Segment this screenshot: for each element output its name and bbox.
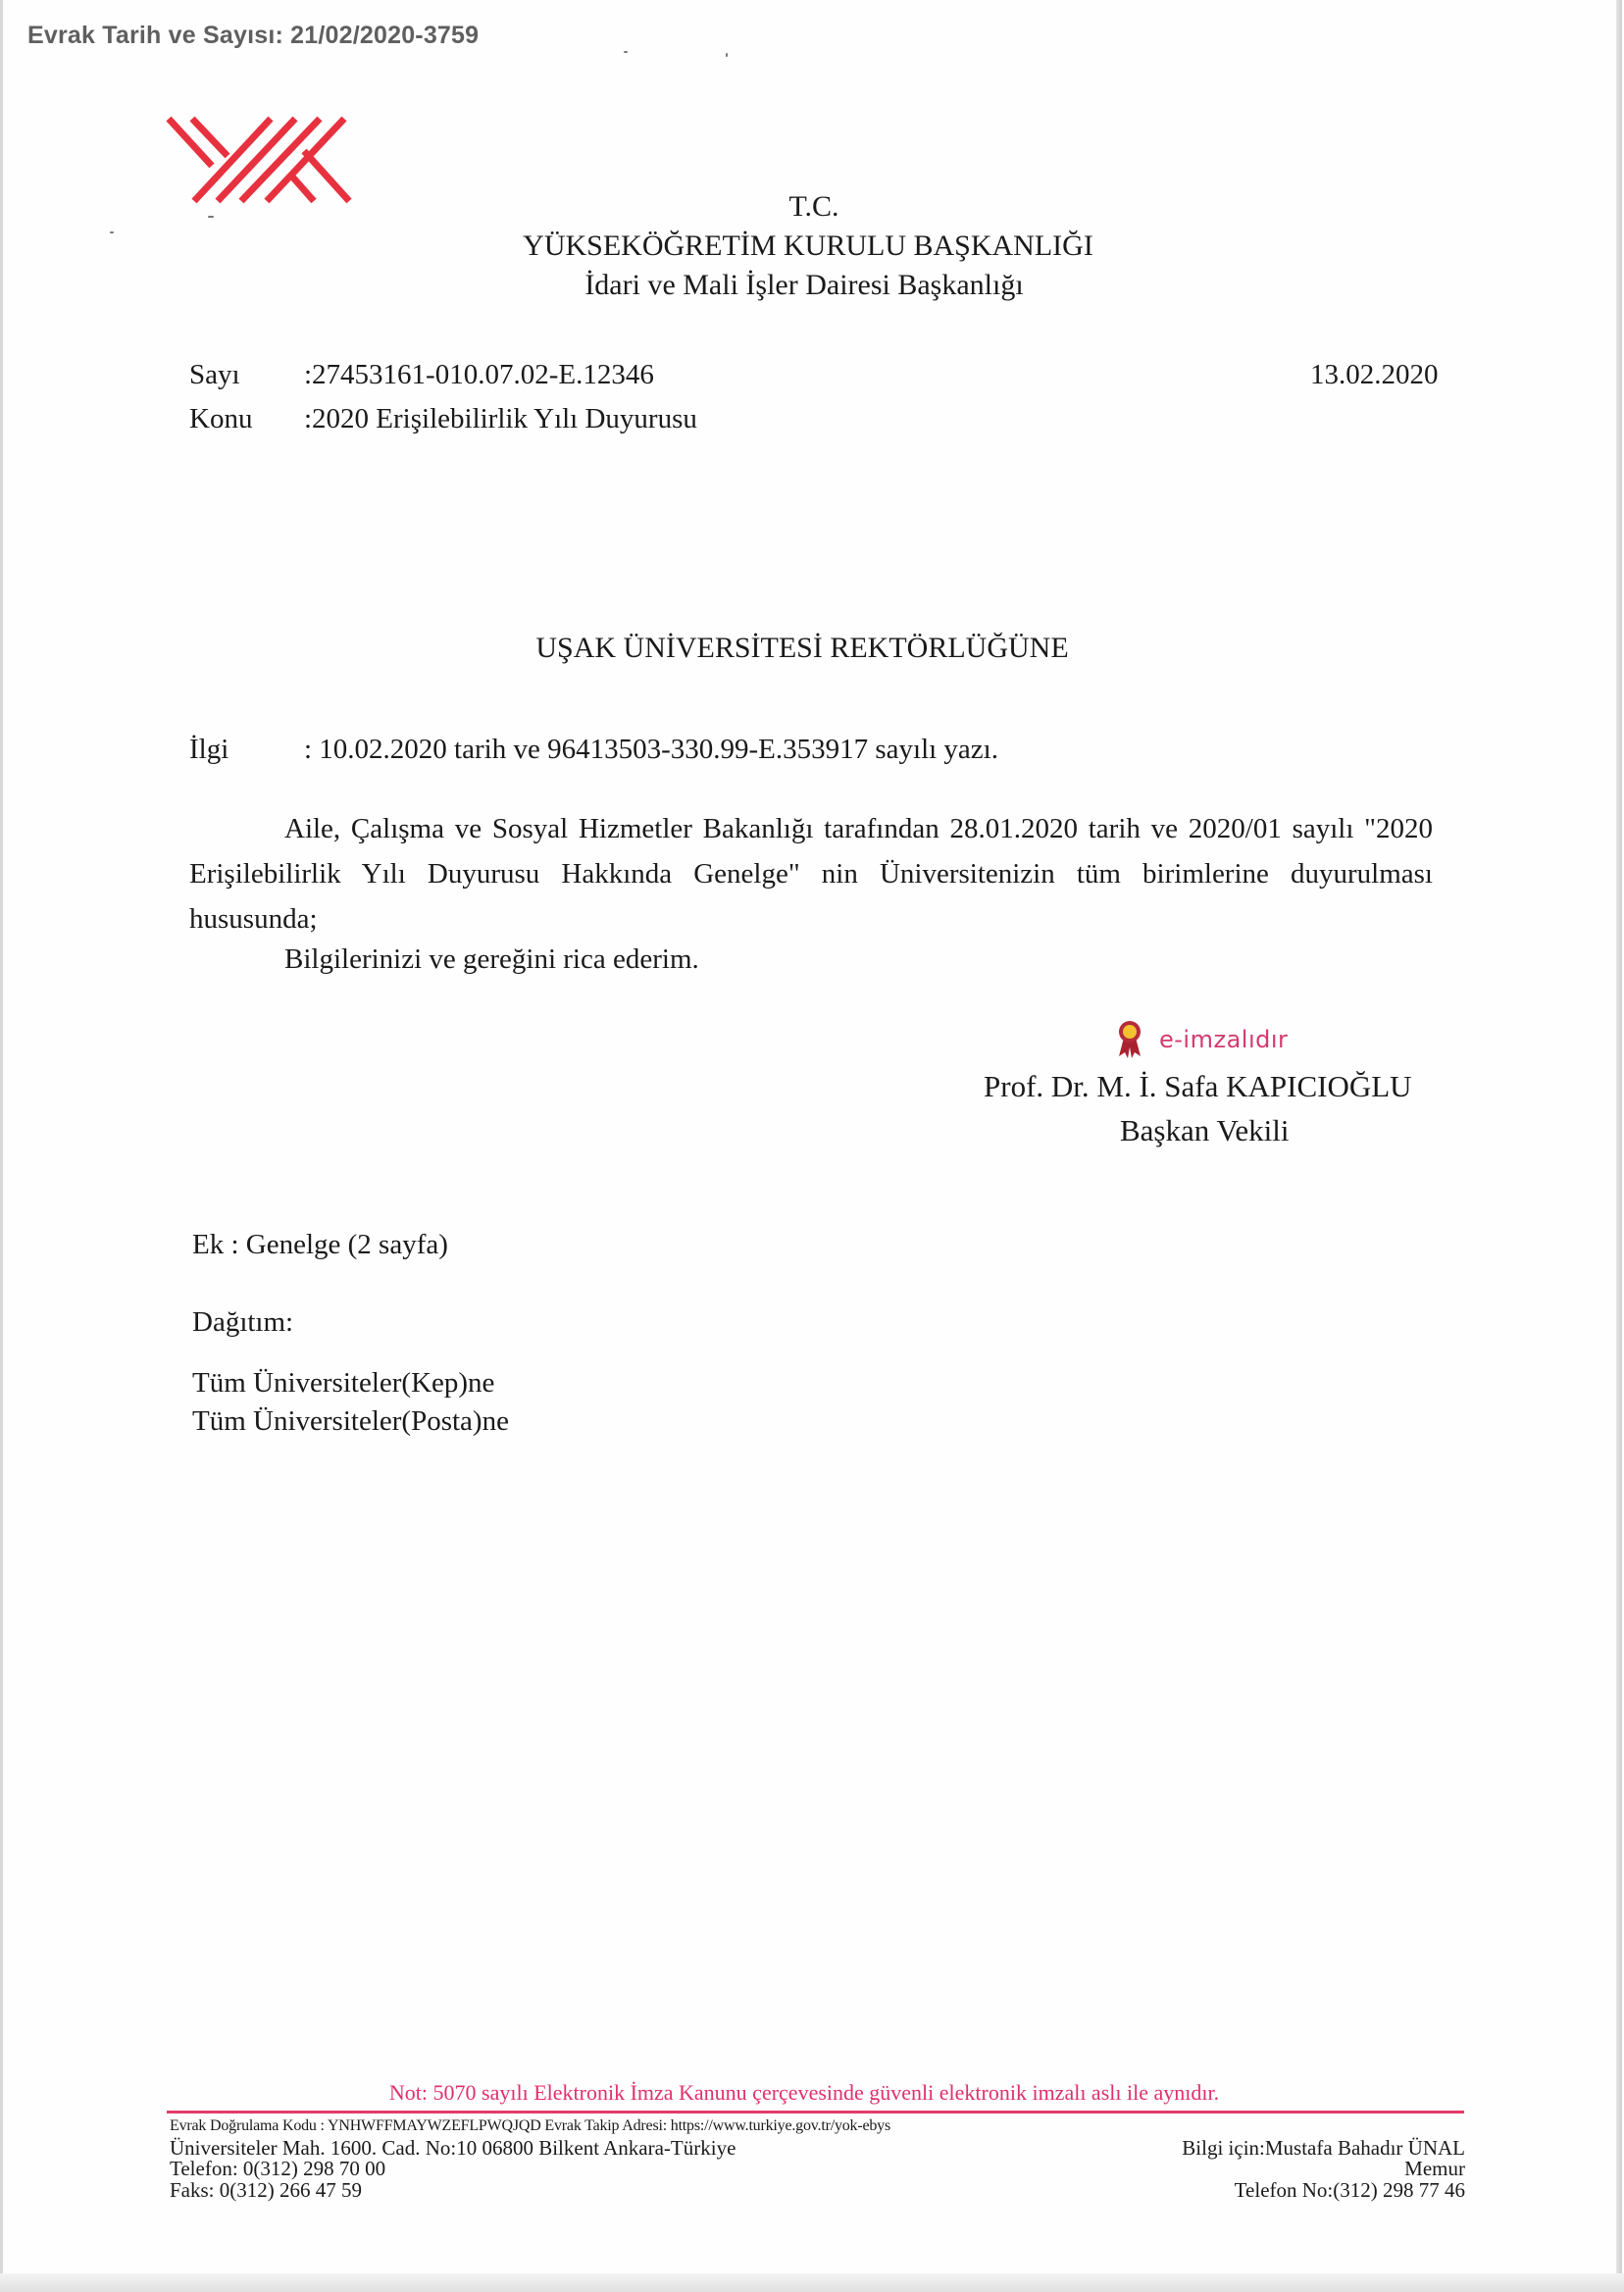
scan-edge-right	[1616, 0, 1622, 2292]
scan-speck	[726, 53, 728, 57]
signer-title: Başkan Vekili	[1120, 1113, 1290, 1148]
e-signature-badge: e-imzalıdır	[1116, 1020, 1288, 1059]
distribution-label: Dağıtım:	[192, 1306, 293, 1339]
distribution-item: Tüm Üniversiteler(Posta)ne	[192, 1402, 509, 1441]
sayi-label: Sayı	[189, 358, 240, 391]
scan-speck	[624, 51, 628, 53]
scan-edge-bottom	[0, 2273, 1624, 2292]
sayi-value: :27453161-010.07.02-E.12346	[304, 358, 654, 391]
document-date: 13.02.2020	[1310, 358, 1439, 391]
footer-note-text: Not: 5070 sayılı Elektronik İmza Kanunu …	[389, 2080, 1219, 2105]
footer-divider	[167, 2111, 1464, 2114]
contact-name: Bilgi için:Mustafa Bahadır ÜNAL	[1079, 2137, 1465, 2159]
signer-name: Prof. Dr. M. İ. Safa KAPICIOĞLU	[984, 1069, 1412, 1104]
addressee: UŞAK ÜNİVERSİTESİ REKTÖRLÜĞÜNE	[0, 631, 1614, 666]
footer-address: Üniversiteler Mah. 1600. Cad. No:10 0680…	[170, 2137, 736, 2159]
konu-value: :2020 Erişilebilirlik Yılı Duyurusu	[304, 402, 697, 435]
letterhead-country: T.C.	[2, 189, 1624, 225]
contact-phone: Telefon No:(312) 298 77 46	[1079, 2179, 1465, 2201]
distribution-item: Tüm Üniversiteler(Kep)ne	[192, 1364, 509, 1402]
contact-role: Memur	[1079, 2158, 1465, 2179]
reference-value: : 10.02.2020 tarih ve 96413503-330.99-E.…	[304, 734, 998, 766]
body-paragraph-container: Aile, Çalışma ve Sosyal Hizmetler Bakanl…	[189, 806, 1433, 942]
verification-code: Evrak Doğrulama Kodu : YNHWFFMAYWZEFLPWQ…	[170, 2117, 890, 2135]
letterhead-organization: YÜKSEKÖĞRETİM KURULU BAŞKANLIĞI	[0, 229, 1620, 264]
attachments: Ek : Genelge (2 sayfa)	[192, 1229, 448, 1261]
letterhead-department: İdari ve Mali İşler Dairesi Başkanlığı	[0, 268, 1616, 303]
distribution-list: Tüm Üniversiteler(Kep)ne Tüm Üniversitel…	[192, 1364, 509, 1441]
konu-label: Konu	[189, 402, 252, 435]
ribbon-award-icon	[1116, 1020, 1143, 1059]
footer-note: Not: 5070 sayılı Elektronik İmza Kanunu …	[0, 2080, 1624, 2106]
body-paragraph: Aile, Çalışma ve Sosyal Hizmetler Bakanl…	[189, 806, 1433, 942]
document-stamp: Evrak Tarih ve Sayısı: 21/02/2020-3759	[27, 22, 479, 50]
scan-edge-left	[0, 0, 3, 2292]
e-signature-label: e-imzalıdır	[1159, 1026, 1288, 1053]
footer-phone: Telefon: 0(312) 298 70 00	[170, 2158, 385, 2179]
footer-fax: Faks: 0(312) 266 47 59	[170, 2179, 362, 2201]
closing-sentence: Bilgilerinizi ve gereğini rica ederim.	[284, 942, 699, 977]
reference-label: İlgi	[189, 734, 228, 766]
